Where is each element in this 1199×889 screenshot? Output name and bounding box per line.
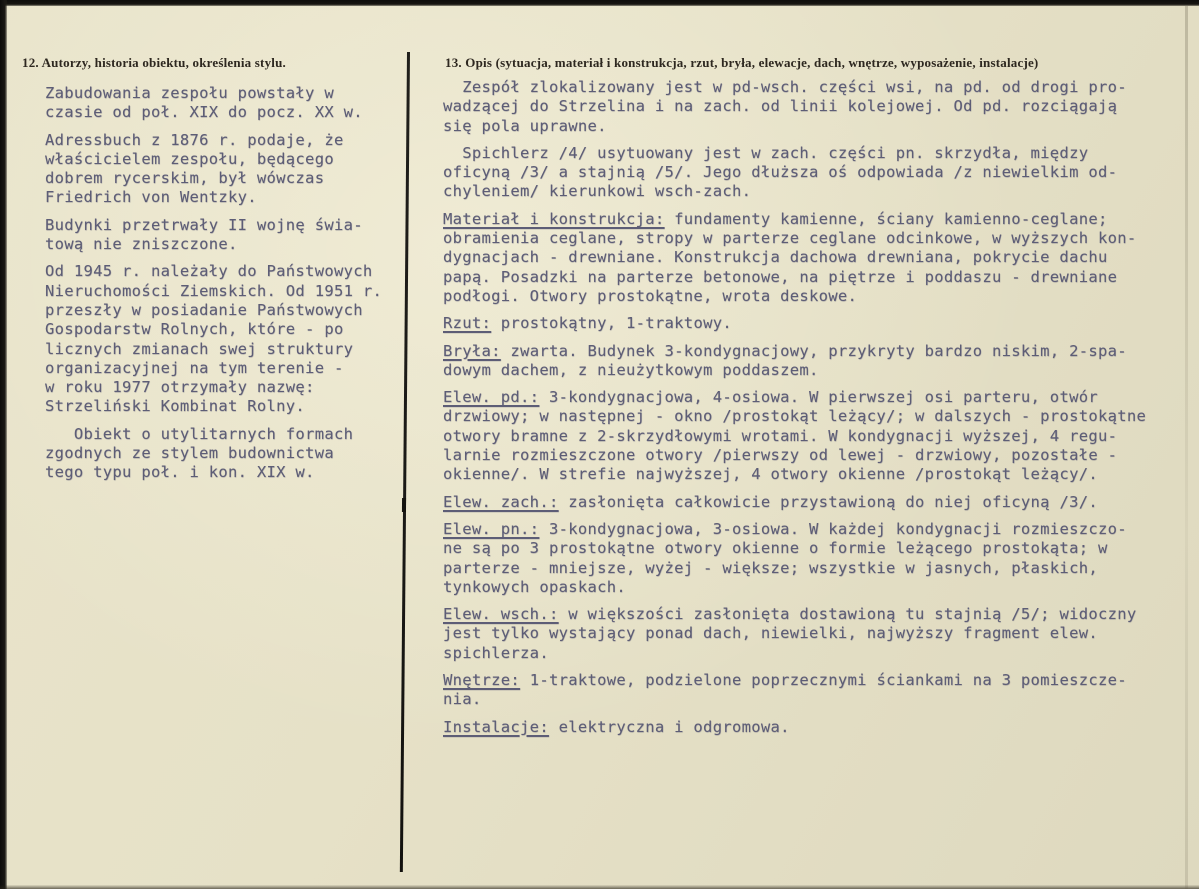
text-line: właścicielem zespołu, będącego [45, 150, 397, 169]
section-label: Wnętrze: [443, 671, 520, 689]
text-line: Wnętrze: 1-traktowe, podzielone poprzecz… [443, 671, 1193, 690]
section-label: Elew. zach.: [443, 493, 559, 511]
text-line: drzwiowy; w następnej - okno /prostokąt … [443, 407, 1193, 426]
text-line: Gospodarstw Rolnych, które - po [45, 320, 397, 339]
text-line: Nieruchomości Ziemskich. Od 1951 r. [45, 282, 397, 301]
text-line: Obiekt o utylitarnych formach [45, 425, 397, 444]
text-line: dowym dachem, z nieużytkowym poddaszem. [443, 361, 1193, 380]
text-line: zgodnych ze stylem budownictwa [45, 444, 397, 463]
text-line: w roku 1977 otrzymały nazwę: [45, 378, 397, 397]
text-line: otwory bramne z 2-skrzydłowymi wrotami. … [443, 427, 1193, 446]
text-line: dygnacjach - drewniane. Konstrukcja dach… [443, 248, 1193, 267]
paragraph: Materiał i konstrukcja: fundamenty kamie… [443, 210, 1193, 306]
paragraph: Wnętrze: 1-traktowe, podzielone poprzecz… [443, 671, 1193, 710]
text-line: tego typu poł. i kon. XIX w. [45, 463, 397, 482]
text-line: Instalacje: elektryczna i odgromowa. [443, 718, 1193, 737]
text-line: papą. Posadzki na parterze betonowe, na … [443, 268, 1193, 287]
scan-edge-bottom [0, 885, 1199, 889]
text-line: parterze - mniejsze, wyżej - większe; ws… [443, 559, 1193, 578]
text-line: Elew. zach.: zasłonięta całkowicie przys… [443, 493, 1193, 512]
section-label: Instalacje: [443, 718, 549, 736]
text-line: Zespół zlokalizowany jest w pd-wsch. czę… [443, 78, 1193, 97]
section-label: Elew. pd.: [443, 388, 539, 406]
text-line: przeszły w posiadanie Państwowych [45, 301, 397, 320]
paragraph: Spichlerz /4/ usytuowany jest w zach. cz… [443, 144, 1193, 202]
text-line: wadzącej do Strzelina i na zach. od lini… [443, 97, 1193, 116]
paragraph: Bryła: zwarta. Budynek 3-kondygnacjowy, … [443, 342, 1193, 381]
text-line: Elew. pd.: 3-kondygnacjowa, 4-osiowa. W … [443, 388, 1193, 407]
paragraph: Zespół zlokalizowany jest w pd-wsch. czę… [443, 78, 1193, 136]
paragraph: Od 1945 r. należały do PaństwowychNieruc… [45, 262, 397, 416]
text-line: chyleniem/ kierunkowi wsch-zach. [443, 182, 1193, 201]
paragraph: Zabudowania zespołu powstały wczasie od … [45, 84, 397, 123]
text-line: larnie rozmieszczone otwory /pierwszy od… [443, 446, 1193, 465]
section-label: Elew. wsch.: [443, 605, 559, 623]
text-line: Spichlerz /4/ usytuowany jest w zach. cz… [443, 144, 1193, 163]
document-page: 12. Autorzy, historia obiektu, określeni… [0, 0, 1199, 889]
text-line: Od 1945 r. należały do Państwowych [45, 262, 397, 281]
section-12-heading: 12. Autorzy, historia obiektu, określeni… [22, 55, 286, 71]
paragraph: Obiekt o utylitarnych formachzgodnych ze… [45, 425, 397, 483]
right-column-paragraphs: Zespół zlokalizowany jest w pd-wsch. czę… [443, 78, 1193, 745]
text-line: podłogi. Otwory prostokątne, wrota desko… [443, 287, 1193, 306]
left-column-paragraphs: Zabudowania zespołu powstały wczasie od … [45, 84, 397, 491]
text-line: tową nie zniszczone. [45, 235, 397, 254]
text-line: jest tylko wystający ponad dach, niewiel… [443, 624, 1193, 643]
paragraph: Elew. zach.: zasłonięta całkowicie przys… [443, 493, 1193, 512]
text-line: licznych zmianach swej struktury [45, 340, 397, 359]
text-line: ne są po 3 prostokątne otwory okienne o … [443, 539, 1193, 558]
paragraph: Budynki przetrwały II wojnę świa-tową ni… [45, 216, 397, 255]
section-label: Elew. pn.: [443, 520, 539, 538]
section-label: Bryła: [443, 342, 501, 360]
text-line: się pola uprawne. [443, 117, 1193, 136]
text-line: organizacyjnej na tym terenie - [45, 359, 397, 378]
text-line: okienne/. W strefie najwyższej, 4 otwory… [443, 465, 1193, 484]
scan-edge-top [0, 0, 1199, 6]
paragraph: Elew. pd.: 3-kondygnacjowa, 4-osiowa. W … [443, 388, 1193, 484]
text-line: Adressbuch z 1876 r. podaje, że [45, 131, 397, 150]
text-line: czasie od poł. XIX do pocz. XX w. [45, 103, 397, 122]
section-13-heading: 13. Opis (sytuacja, materiał i konstrukc… [445, 55, 1038, 71]
text-line: nia. [443, 690, 1193, 709]
paragraph: Instalacje: elektryczna i odgromowa. [443, 718, 1193, 737]
text-line: Friedrich von Wentzky. [45, 188, 397, 207]
text-line: Elew. pn.: 3-kondygnacjowa, 3-osiowa. W … [443, 520, 1193, 539]
text-line: dobrem rycerskim, był wówczas [45, 169, 397, 188]
text-line: Rzut: prostokątny, 1-traktowy. [443, 314, 1193, 333]
text-line: Bryła: zwarta. Budynek 3-kondygnacjowy, … [443, 342, 1193, 361]
paragraph: Rzut: prostokątny, 1-traktowy. [443, 314, 1193, 333]
text-line: Zabudowania zespołu powstały w [45, 84, 397, 103]
text-line: Strzeliński Kombinat Rolny. [45, 397, 397, 416]
paragraph: Adressbuch z 1876 r. podaje, żewłaścicie… [45, 131, 397, 208]
text-line: tynkowych opaskach. [443, 578, 1193, 597]
text-line: Materiał i konstrukcja: fundamenty kamie… [443, 210, 1193, 229]
column-divider-line [400, 52, 410, 872]
text-line: Elew. wsch.: w większości zasłonięta dos… [443, 605, 1193, 624]
text-line: obramienia ceglane, stropy w parterze ce… [443, 229, 1193, 248]
text-line: oficyną /3/ a stajnią /5/. Jego dłuższa … [443, 163, 1193, 182]
section-label: Rzut: [443, 314, 491, 332]
scan-edge-left [0, 0, 7, 889]
text-line: Budynki przetrwały II wojnę świa- [45, 216, 397, 235]
paragraph: Elew. wsch.: w większości zasłonięta dos… [443, 605, 1193, 663]
text-line: spichlerza. [443, 644, 1193, 663]
column-divider-ink-blot [402, 498, 406, 512]
section-label: Materiał i konstrukcja: [443, 210, 665, 228]
paragraph: Elew. pn.: 3-kondygnacjowa, 3-osiowa. W … [443, 520, 1193, 597]
